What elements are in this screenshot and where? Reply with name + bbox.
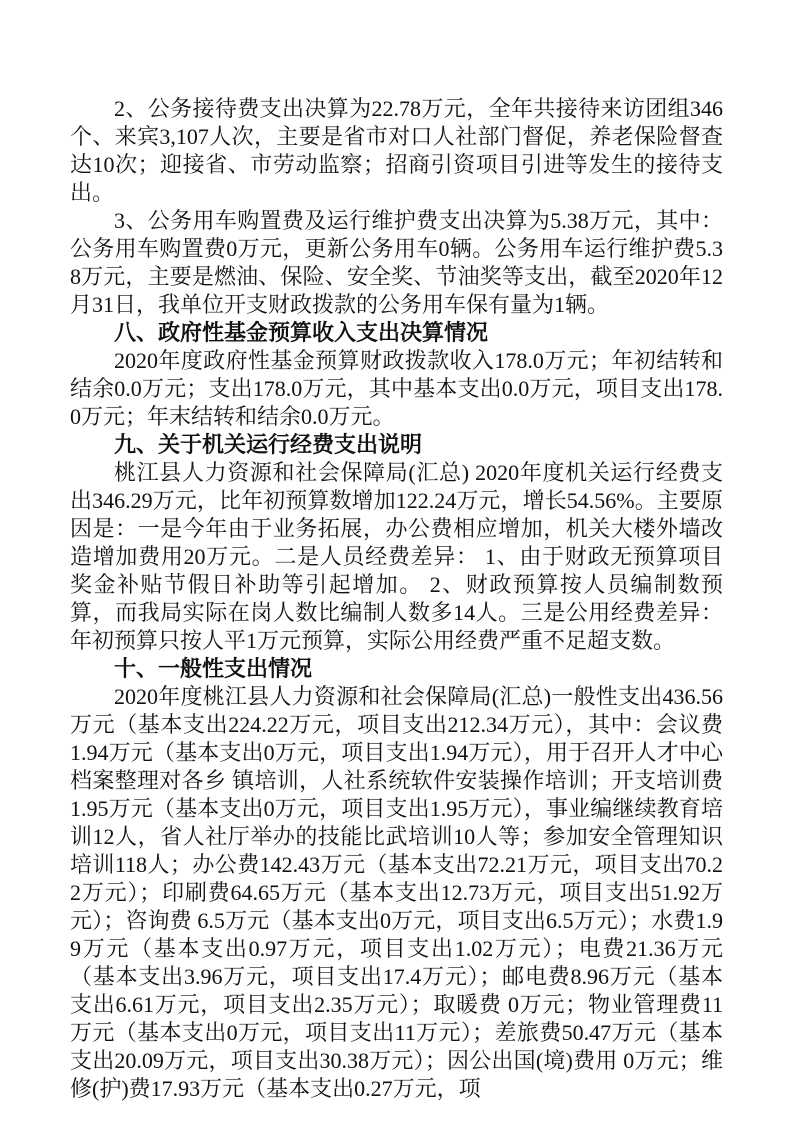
paragraph-general-expense: 2020年度桃江县人力资源和社会保障局(汇总)一般性支出436.56万元（基本支… xyxy=(70,683,723,1103)
document-page: 2、公务接待费支出决算为22.78万元，全年共接待来访团组346个、来宾3,10… xyxy=(0,0,793,1122)
section-heading-agency-operating-expense: 九、关于机关运行经费支出说明 xyxy=(70,431,723,459)
paragraph-official-reception-expense: 2、公务接待费支出决算为22.78万元，全年共接待来访团组346个、来宾3,10… xyxy=(70,95,723,207)
section-heading-general-expense: 十、一般性支出情况 xyxy=(70,655,723,683)
paragraph-government-fund-budget: 2020年度政府性基金预算财政拨款收入178.0万元；年初结转和结余0.0万元；… xyxy=(70,347,723,431)
paragraph-official-vehicle-expense: 3、公务用车购置费及运行维护费支出决算为5.38万元，其中：公务用车购置费0万元… xyxy=(70,207,723,319)
paragraph-agency-operating-expense: 桃江县人力资源和社会保障局(汇总) 2020年度机关运行经费支出346.29万元… xyxy=(70,459,723,655)
section-heading-government-fund-budget: 八、政府性基金预算收入支出决算情况 xyxy=(70,319,723,347)
